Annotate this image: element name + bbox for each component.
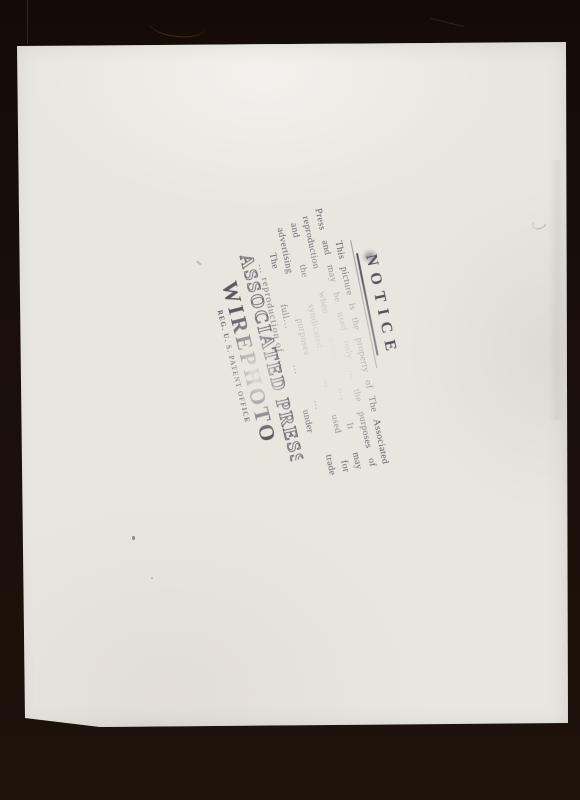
edge-shading bbox=[548, 160, 564, 420]
border-scratch bbox=[147, 9, 208, 41]
border-scratch bbox=[27, 0, 28, 44]
scan-background: { "paper": { "description_colors": { "pa… bbox=[0, 0, 580, 800]
crease-mark bbox=[530, 215, 548, 231]
border-scratch bbox=[430, 18, 463, 27]
paper-speck bbox=[151, 577, 153, 579]
paper-speck bbox=[132, 536, 135, 540]
paper-speck bbox=[196, 260, 202, 265]
photo-paper-back: NOTICE This picture is the property of T… bbox=[12, 40, 570, 730]
